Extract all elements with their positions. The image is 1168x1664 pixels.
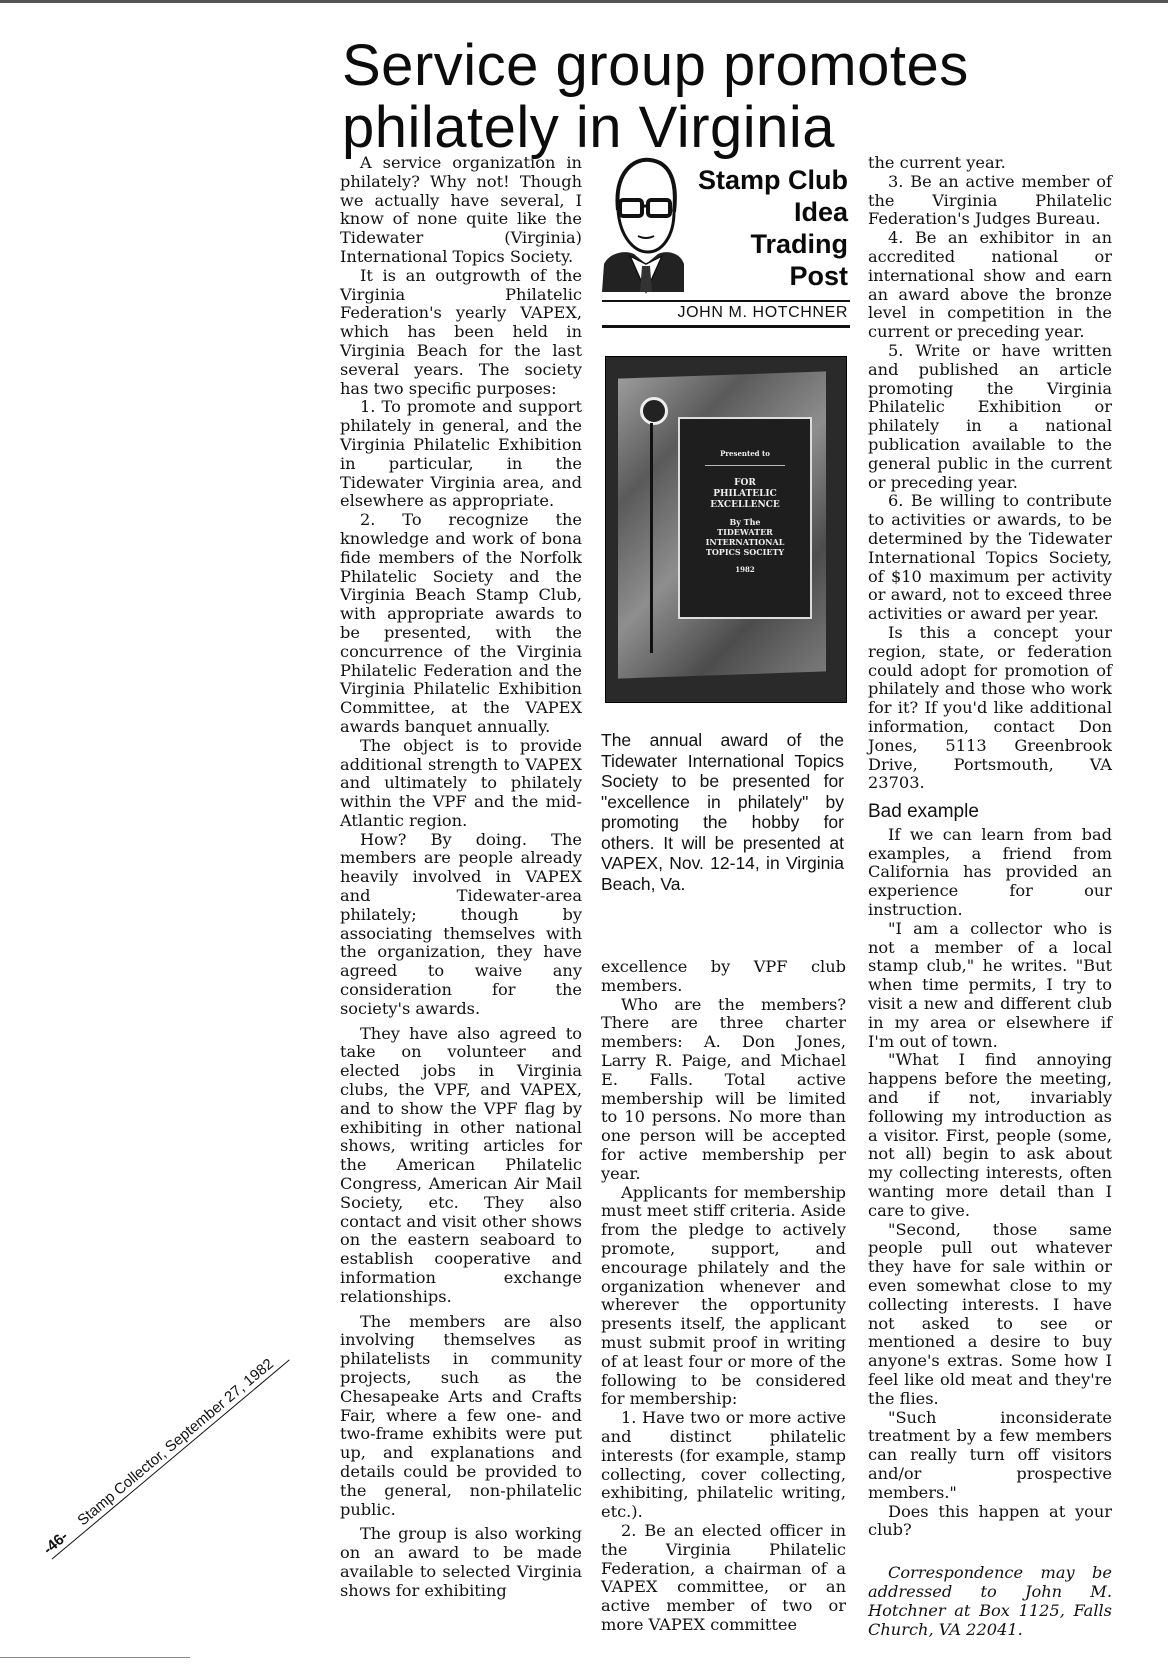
- byline: JOHN M. HOTCHNER: [602, 304, 848, 322]
- plaque-line: TIDEWATER: [680, 527, 810, 537]
- paragraph: "What I find annoying happens before the…: [868, 1051, 1112, 1220]
- article-headline: Service group promotes philately in Virg…: [342, 35, 1142, 159]
- paragraph: excellence by VPF club members.: [601, 958, 846, 996]
- article-column-2: excellence by VPF club members. Who are …: [601, 958, 846, 1635]
- paragraph: 6. Be willing to contribute to activitie…: [868, 492, 1112, 624]
- photo-caption: The annual award of the Tidewater Intern…: [601, 730, 844, 894]
- article-column-1: A service organization in philately? Why…: [340, 154, 582, 1601]
- paragraph: "I am a collector who is not a member of…: [868, 920, 1112, 1052]
- paragraph: 1. To promote and support philately in g…: [340, 398, 582, 511]
- paragraph: Applicants for membership must meet stif…: [601, 1184, 846, 1410]
- plaque-line: TOPICS SOCIETY: [680, 547, 810, 557]
- paragraph: "Such inconsiderate treatment by a few m…: [868, 1409, 1112, 1503]
- headline-line-2: philately in Virginia: [342, 97, 1142, 159]
- paragraph: Is this a concept your region, state, or…: [868, 624, 1112, 793]
- publication-name-date: Stamp Collector, September 27, 1982: [74, 1355, 277, 1529]
- columnist-portrait-icon: [600, 152, 684, 297]
- paragraph: "Second, those same people pull out what…: [868, 1221, 1112, 1409]
- paragraph: If we can learn from bad examples, a fri…: [868, 826, 1112, 920]
- divider: [602, 300, 850, 302]
- award-plaque-photo: Presented to FOR PHILATELIC EXCELLENCE B…: [605, 356, 847, 703]
- article-column-3: the current year. 3. Be an active member…: [868, 154, 1112, 1639]
- paragraph: It is an outgrowth of the Virginia Phila…: [340, 267, 582, 399]
- plaque-line: By The: [680, 517, 810, 527]
- plaque-panel: Presented to FOR PHILATELIC EXCELLENCE B…: [678, 417, 812, 619]
- headline-line-1: Service group promotes: [342, 35, 1142, 97]
- plaque-presented-text: Presented to: [680, 449, 810, 459]
- paragraph: 1. Have two or more active and distinct …: [601, 1409, 846, 1522]
- subhead-bad-example: Bad example: [868, 803, 1112, 822]
- page-number: -46-: [40, 1528, 71, 1558]
- divider: [602, 325, 850, 328]
- page-top-border: [0, 0, 1168, 3]
- plaque-rule: [705, 465, 785, 466]
- logo-line: Post: [698, 260, 848, 292]
- paragraph: Does this happen at your club?: [868, 1503, 1112, 1541]
- plaque-year: 1982: [680, 565, 810, 575]
- paragraph: 2. Be an elected officer in the Virginia…: [601, 1522, 846, 1635]
- column-logo: Stamp Club Idea Trading Post JOHN M. HOT…: [600, 152, 850, 332]
- plaque-title: FOR PHILATELIC EXCELLENCE: [680, 478, 810, 511]
- paragraph: They have also agreed to take on volunte…: [340, 1025, 582, 1307]
- paragraph: The members are also involving themselve…: [340, 1313, 582, 1520]
- paragraph: 4. Be an exhibitor in an accredited nati…: [868, 229, 1112, 342]
- plaque-line: FOR: [680, 478, 810, 489]
- ribbon-stripe: [650, 423, 653, 653]
- paragraph: 2. To recognize the knowledge and work o…: [340, 511, 582, 737]
- paragraph: A service organization in philately? Why…: [340, 154, 582, 267]
- plaque-line: PHILATELIC: [680, 489, 810, 500]
- correspondence-note: Correspondence may be addressed to John …: [868, 1564, 1112, 1639]
- page-bottom-mark: [0, 1657, 190, 1658]
- paragraph: 3. Be an active member of the Virginia P…: [868, 173, 1112, 229]
- logo-line: Idea: [698, 196, 848, 228]
- plaque-line: INTERNATIONAL: [680, 537, 810, 547]
- paragraph: Who are the members? There are three cha…: [601, 996, 846, 1184]
- paragraph: the current year.: [868, 154, 1112, 173]
- logo-line: Trading: [698, 228, 848, 260]
- logo-line: Stamp Club: [698, 164, 848, 196]
- column-logo-title: Stamp Club Idea Trading Post: [698, 164, 848, 292]
- medal-icon: [640, 397, 668, 425]
- plaque-by: By The TIDEWATER INTERNATIONAL TOPICS SO…: [680, 517, 810, 557]
- paragraph: 5. Write or have written and published a…: [868, 342, 1112, 492]
- paragraph: How? By doing. The members are people al…: [340, 831, 582, 1019]
- paragraph: The group is also working on an award to…: [340, 1525, 582, 1600]
- plaque-line: EXCELLENCE: [680, 500, 810, 511]
- publication-dateline: -46- Stamp Collector, September 27, 1982: [40, 1346, 290, 1560]
- paragraph: The object is to provide additional stre…: [340, 737, 582, 831]
